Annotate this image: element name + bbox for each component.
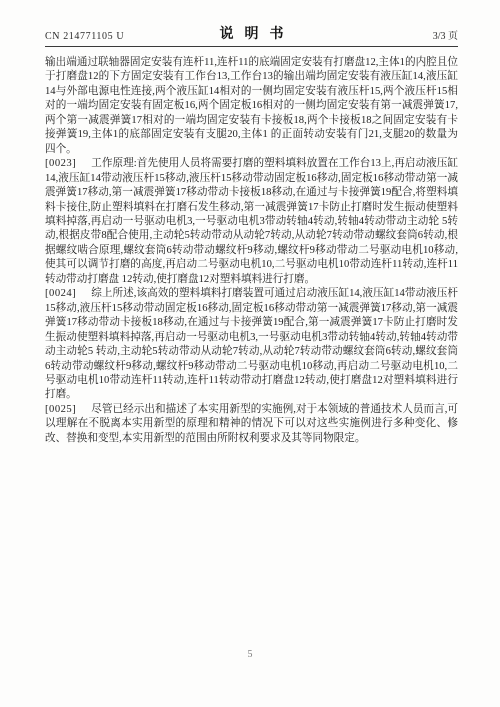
paragraph-0024: [0024]综上所述,该高效的塑料填料打磨装置可通过启动液压缸14,液压缸14带…: [45, 287, 458, 403]
paragraph-text: 工作原理:首先使用人员将需要打磨的塑料填料放置在工作台13上,再启动液压缸14,…: [45, 158, 458, 285]
paragraph-text: 尽管已经示出和描述了本实用新型的实施例,对于本领域的普通技术人员而言,可以理解在…: [45, 404, 458, 444]
footer-page-number: 5: [0, 649, 500, 660]
page-indicator: 3/3 页: [433, 27, 458, 42]
paragraph-number: [0025]: [45, 403, 76, 417]
patent-specification-page: CN 214771105 U 说明书 3/3 页 输出端通过联轴器固定安装有连杆…: [0, 0, 500, 707]
document-title: 说明书: [209, 23, 295, 43]
paragraph-text: 综上所述,该高效的塑料填料打磨装置可通过启动液压缸14,液压缸14带动液压杆15…: [45, 288, 458, 400]
paragraph-0023: [0023]工作原理:首先使用人员将需要打磨的塑料填料放置在工作台13上,再启动…: [45, 157, 458, 287]
paragraph-text: 输出端通过联轴器固定安装有连杆11,连杆11的底端固定安装有打磨盘12,主体1的…: [45, 57, 458, 155]
page-header: CN 214771105 U 说明书 3/3 页: [45, 26, 458, 47]
specification-body: 输出端通过联轴器固定安装有连杆11,连杆11的底端固定安装有打磨盘12,主体1的…: [45, 56, 458, 446]
document-number: CN 214771105 U: [45, 31, 124, 42]
paragraph-0025: [0025]尽管已经示出和描述了本实用新型的实施例,对于本领域的普通技术人员而言…: [45, 403, 458, 446]
paragraph-continuation: 输出端通过联轴器固定安装有连杆11,连杆11的底端固定安装有打磨盘12,主体1的…: [45, 56, 458, 157]
paragraph-number: [0024]: [45, 287, 76, 301]
paragraph-number: [0023]: [45, 157, 76, 171]
